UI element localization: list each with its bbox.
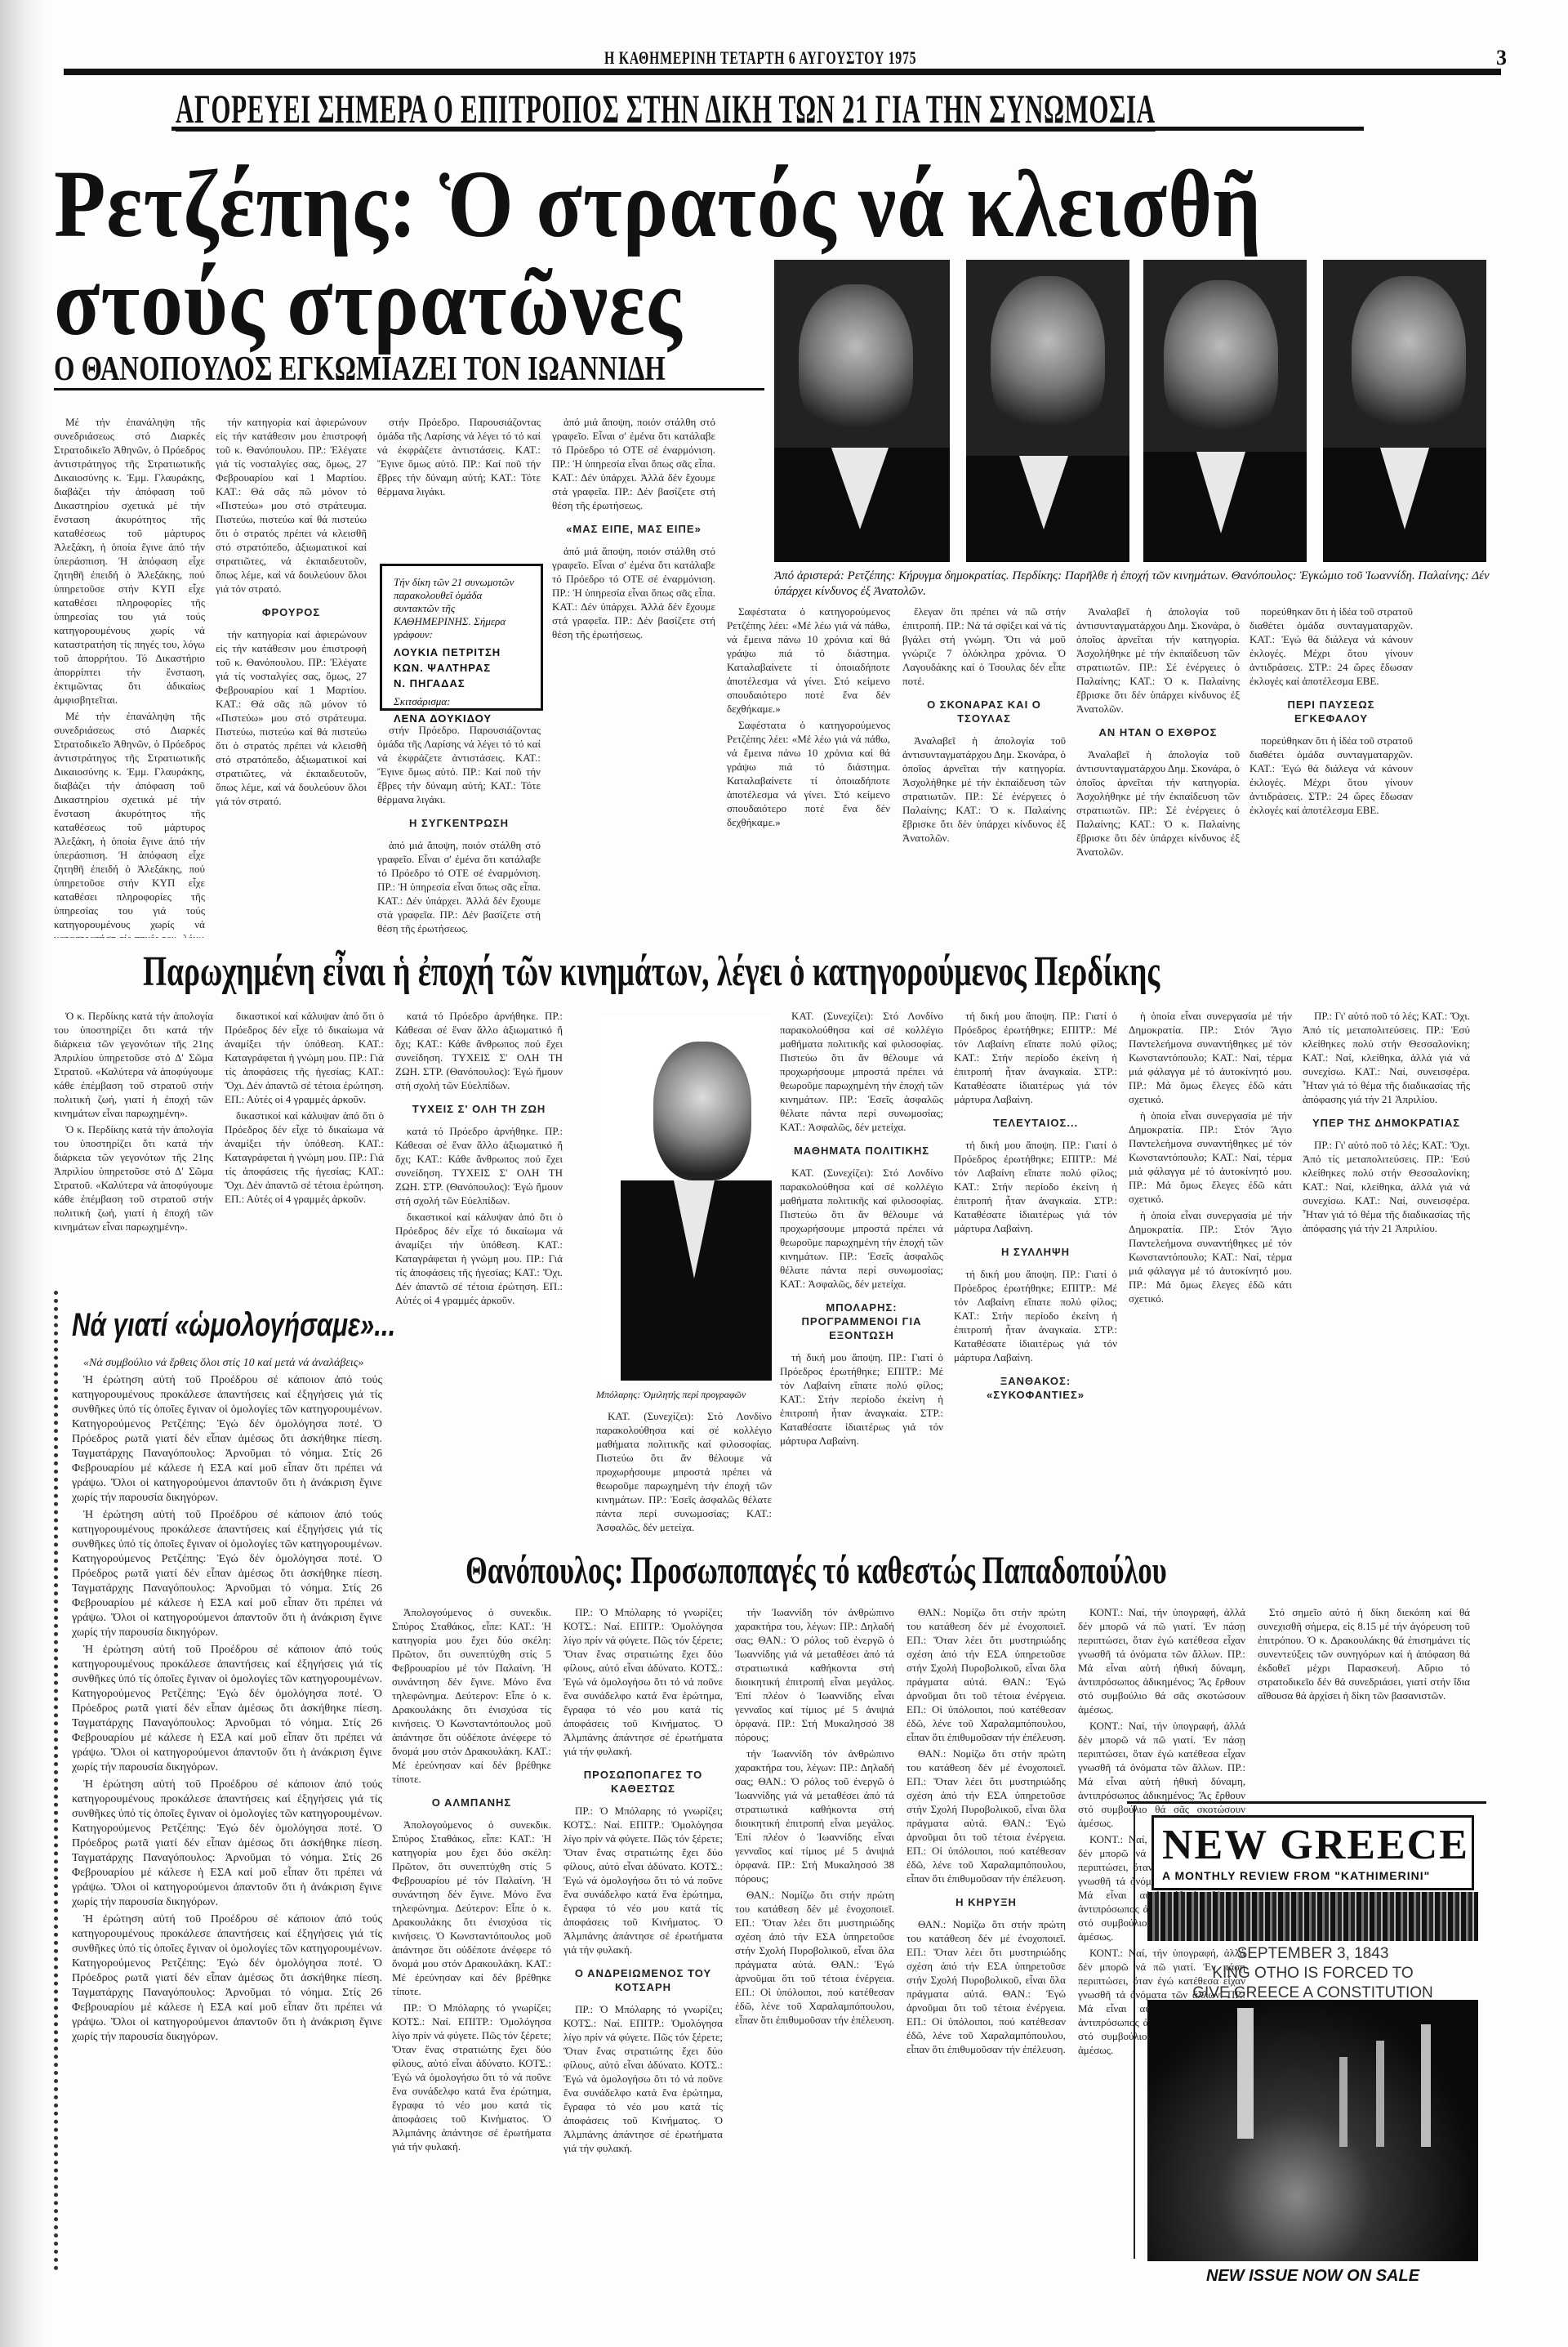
bolaris-photo [596, 1017, 772, 1381]
ad-left-rule [1134, 1805, 1135, 2259]
second-col-1: Ὁ κ. Περδίκης κατά τήν ἀπολογία του ὑποσ… [54, 1009, 213, 1278]
page-spine-shadow [0, 0, 49, 2347]
ad-text: SEPTEMBER 3, 1843 KING OTHO IS FORCED TO… [1147, 1944, 1478, 2003]
ad-illustration-strip [1147, 1892, 1478, 1941]
kicker-headline: ΑΓΟΡΕΥΕΙ ΣΗΜΕΡΑ Ο ΕΠΙΤΡΟΠΟΣ ΣΤΗΝ ΔΙΚΗ ΤΩ… [176, 85, 1156, 132]
credits-box: Τήν δίκη τῶν 21 συνωμοτῶν παρακολουθεῖ ὁ… [380, 564, 543, 711]
second-col-6: τή δική μου ἄποψη. ΠΡ.: Γιατί ὁ Πρόεδρος… [954, 1009, 1117, 1532]
lead-headline-line2: στούς στρατῶνες [54, 253, 682, 351]
portrait-photo-retzepis [774, 260, 950, 562]
third-col-2: ΠΡ.: Ὁ Μπόλαρης τό γνωρίζει; ΚΟΤΣ.: Ναί.… [563, 1605, 723, 2324]
page-number: 3 [1496, 46, 1507, 70]
lead-col-7: Ἀναλαβεῖ ἡ ἀπολογία τοῦ ἀντισυνταγματάρχ… [1076, 605, 1240, 939]
lead-col-8: πορεύθηκαν ὅτι ἡ ἰδέα τοῦ στρατοῦ διαθέτ… [1249, 605, 1413, 939]
sidebar-dotted-border [54, 1291, 58, 2271]
lead-col-1: Μέ τήν ἐπανάληψη τῆς συνεδριάσεως στό Δι… [54, 415, 205, 938]
lead-deck: Ο ΘΑΝΟΠΟΥΛΟΣ ΕΓΚΩΜΙΑΖΕΙ ΤΟΝ ΙΩΑΝΝΙΔΗ [54, 350, 666, 389]
second-col-5: ΚΑΤ. (Συνεχίζει): Στό Λονδίνο παρακολούθ… [780, 1009, 943, 1532]
lead-col-4: ἀπό μιά ἄποψη, ποιόν στάλθη στό γραφεῖο.… [552, 415, 715, 938]
third-col-3: τήν Ἰωαννίδη τόν ἀνθρώπινο χαρακτήρα του… [735, 1605, 894, 2324]
portraits-caption: Ἀπό ἀριστερά: Ρετζέπης: Κήρυγμα δημοκρατ… [774, 569, 1493, 600]
ad-top-rule [1127, 1801, 1486, 1804]
lead-col-6: ἔλεγαν ὅτι πρέπει νά πῶ στήν ἐπιτροπή. Π… [902, 605, 1066, 939]
portrait-photo-palainis [1323, 260, 1486, 562]
sketches-label: Σκιτσάρισμα: [394, 693, 529, 711]
column-pillar [1237, 2008, 1254, 2139]
third-article-headline: Θανόπουλος: Προσωποπαγές τό καθεστώς Παπ… [465, 1548, 1167, 1593]
sidebar-headline: Νά γιατί «ὡμολογήσαμε»... [72, 1307, 395, 1344]
third-col-4: ΘΑΝ.: Νομίζω ὅτι στήν πρώτη του κατάθεση… [906, 1605, 1066, 2324]
third-col-1: Ἀπολογούμενος ὁ συνεκδικ. Σπύρος Σταθάκο… [392, 1605, 551, 2324]
credits-intro: Τήν δίκη τῶν 21 συνωμοτῶν παρακολουθεῖ ὁ… [394, 576, 529, 641]
second-article-headline: Παρωχημένη εἶναι ἡ ἐποχή τῶν κινημάτων, … [143, 948, 1160, 996]
deck-rule [54, 388, 764, 390]
lead-col-3-top: στήν Πρόεδρο. Παρουσιάζοντας ὁμάδα τῆς Λ… [377, 415, 541, 538]
second-col-3: κατά τό Πρόεδρο ἀρνήθηκε. ΠΡ.: Κάθεσαι σ… [395, 1009, 563, 1532]
subhead-frouros: ΦΡΟΥΡΟΣ [216, 605, 367, 619]
masthead-dateline: Η ΚΑΘΗΜΕΡΙΝΗ ΤΕΤΑΡΤΗ 6 ΑΥΓΟΥΣΤΟΥ 1975 [604, 47, 916, 69]
kicker-rule [171, 127, 1364, 131]
third-col-6: Στό σημεῖο αὐτό ἡ δίκη διεκόπη καί θά συ… [1258, 1605, 1470, 1793]
second-col-4-bottom: ΚΑΤ. (Συνεχίζει): Στό Λονδίνο παρακολούθ… [596, 1409, 772, 1532]
ad-cta: NEW ISSUE NOW ON SALE [1147, 2267, 1478, 2286]
second-col-7: ἡ ὁποία εἶναι συνεργασία μέ τήν Δημοκρατ… [1129, 1009, 1292, 1532]
ad-logo: NEW GREECE [1154, 1818, 1472, 1869]
credit-name-3: Ν. ΠΗΓΑΔΑΣ [394, 677, 529, 689]
lead-headline-line1: Ρετζέπης: Ὁ στρατός νά κλεισθῆ [54, 155, 1262, 253]
second-col-2: δικαστικοί καί κάλυψαν ἀπό ὅτι ὁ Πρόεδρο… [225, 1009, 384, 1278]
portrait-photo-perdikis [966, 260, 1129, 562]
credit-name-1: ΛΟΥΚΙΑ ΠΕΤΡΙΤΣΗ [394, 646, 529, 658]
bolaris-caption: Μπόλαρης: Ὁμιλητής περί προγραφῶν [596, 1387, 772, 1403]
ad-logo-box: NEW GREECE A MONTHLY REVIEW FROM "KATHIM… [1151, 1815, 1474, 1890]
portrait-photo-thanopoulos [1143, 260, 1307, 562]
ad-tagline: A MONTHLY REVIEW FROM "KATHIMERINI" [1154, 1869, 1472, 1882]
second-col-8: ΠΡ.: Γι' αὐτό ποῦ τό λές; ΚΑΤ.: Ὄχι. Ἀπό… [1303, 1009, 1470, 1532]
ad-historical-illustration [1147, 2000, 1478, 2261]
masthead-rule [64, 69, 1501, 75]
lead-col-5: Σαφέστατα ὁ κατηγορούμενος Ρετζέπης λέει… [727, 605, 890, 939]
credit-name-2: ΚΩΝ. ΨΑΛΤΗΡΑΣ [394, 662, 529, 674]
lead-col-3-bottom: στήν Πρόεδρο. Παρουσιάζοντας ὁμάδα τῆς Λ… [377, 723, 541, 939]
sidebar-body: «Νά συμβούλιο νά ἔρθεις ὅλοι στίς 10 καί… [72, 1356, 382, 2271]
lead-col-2: τήν κατηγορία καί ἀφιερώνουν εἰς τήν κατ… [216, 415, 367, 938]
